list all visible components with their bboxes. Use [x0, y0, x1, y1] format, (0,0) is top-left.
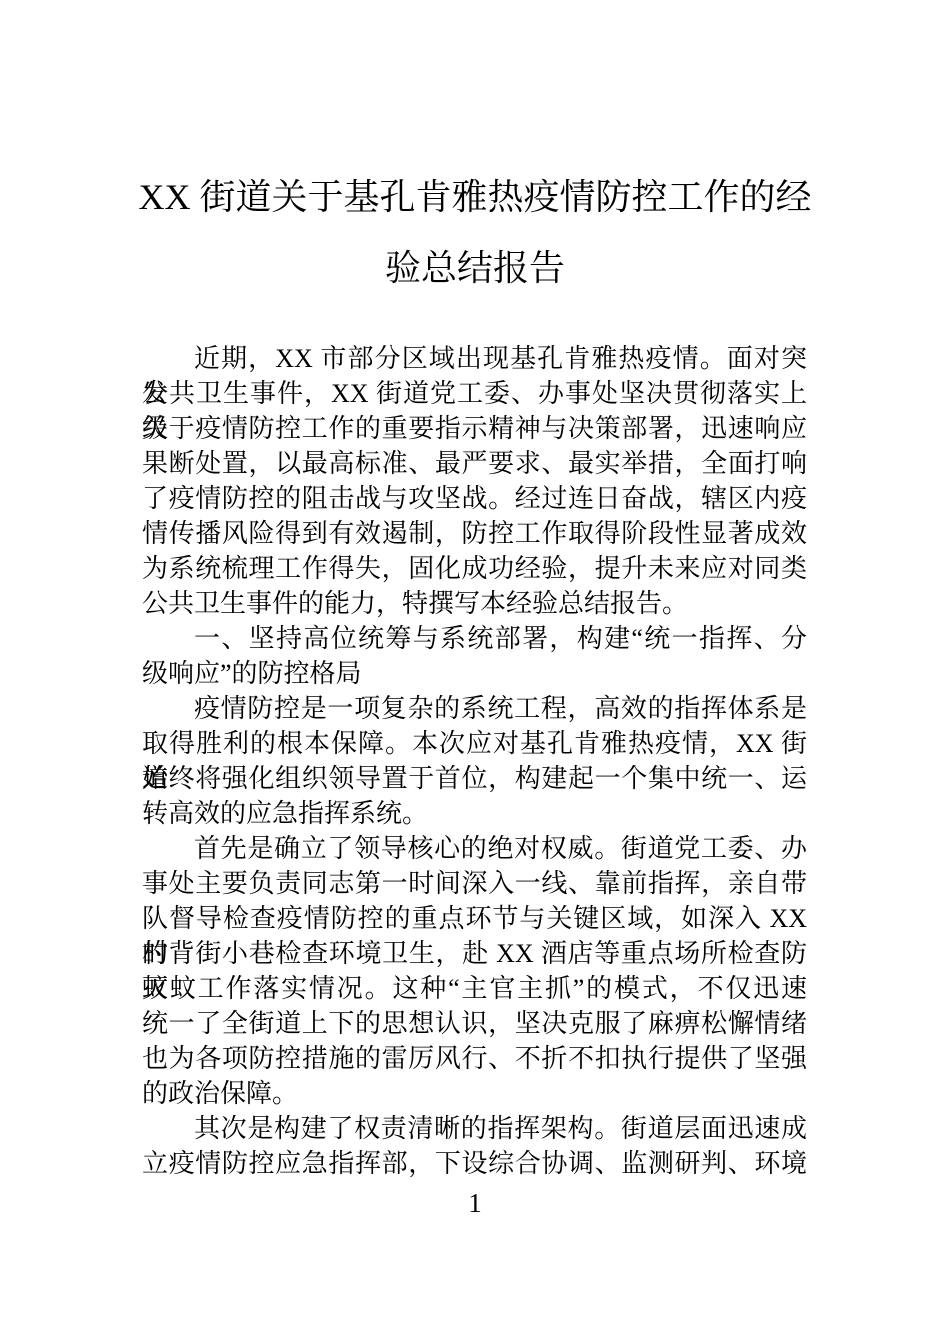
- heading-section-1-line-2: 级响应”的防控格局: [142, 656, 807, 691]
- para-intro-line-8: 公共卫生事件的能力，特撰写本经验总结报告。: [142, 586, 807, 621]
- document-page: XX 街道关于基孔肯雅热疫情防控工作的经验总结报告 近期，XX 市部分区域出现基…: [0, 0, 950, 1344]
- para-command-system-line-3: 始终将强化组织领导置于首位，构建起一个集中统一、运: [142, 761, 807, 796]
- para-command-structure-line-1: 其次是构建了权责清晰的指挥架构。街道层面迅速成: [142, 1111, 807, 1146]
- para-intro-line-2: 公共卫生事件，XX 街道党工委、办事处坚决贯彻落实上级: [142, 376, 807, 411]
- para-leadership-line-2: 事处主要负责同志第一时间深入一线、靠前指挥，亲自带: [142, 866, 807, 901]
- document-body: 近期，XX 市部分区域出现基孔肯雅热疫情。面对突发公共卫生事件，XX 街道党工委…: [142, 341, 807, 1181]
- document-title: XX 街道关于基孔肯雅热疫情防控工作的经验总结报告: [0, 162, 950, 304]
- para-command-system: 疫情防控是一项复杂的系统工程，高效的指挥体系是取得胜利的根本保障。本次应对基孔肯…: [142, 691, 807, 831]
- page-number: 1: [0, 1186, 950, 1221]
- para-command-system-line-4: 转高效的应急指挥系统。: [142, 796, 807, 831]
- heading-section-1: 一、坚持高位统筹与系统部署，构建“统一指挥、分级响应”的防控格局: [142, 621, 807, 691]
- para-intro-line-4: 果断处置，以最高标准、最严要求、最实举措，全面打响: [142, 446, 807, 481]
- para-command-system-line-2: 取得胜利的根本保障。本次应对基孔肯雅热疫情，XX 街道: [142, 726, 807, 761]
- para-command-structure: 其次是构建了权责清晰的指挥架构。街道层面迅速成立疫情防控应急指挥部，下设综合协调…: [142, 1111, 807, 1181]
- para-intro-line-5: 了疫情防控的阻击战与攻坚战。经过连日奋战，辖区内疫: [142, 481, 807, 516]
- para-command-structure-line-2: 立疫情防控应急指挥部，下设综合协调、监测研判、环境: [142, 1146, 807, 1181]
- para-leadership: 首先是确立了领导核心的绝对权威。街道党工委、办事处主要负责同志第一时间深入一线、…: [142, 831, 807, 1111]
- heading-section-1-line-1: 一、坚持高位统筹与系统部署，构建“统一指挥、分: [142, 621, 807, 656]
- para-leadership-line-6: 统一了全街道上下的思想认识，坚决克服了麻痹松懈情绪: [142, 1006, 807, 1041]
- title-line-1: XX 街道关于基孔肯雅热疫情防控工作的经: [0, 162, 950, 233]
- para-intro-line-3: 关于疫情防控工作的重要指示精神与决策部署，迅速响应: [142, 411, 807, 446]
- para-intro: 近期，XX 市部分区域出现基孔肯雅热疫情。面对突发公共卫生事件，XX 街道党工委…: [142, 341, 807, 621]
- para-leadership-line-4: 的背街小巷检查环境卫生，赴 XX 酒店等重点场所检查防蚊: [142, 936, 807, 971]
- para-intro-line-1: 近期，XX 市部分区域出现基孔肯雅热疫情。面对突发: [142, 341, 807, 376]
- para-leadership-line-5: 灭蚊工作落实情况。这种“主官主抓”的模式，不仅迅速: [142, 971, 807, 1006]
- para-command-system-line-1: 疫情防控是一项复杂的系统工程，高效的指挥体系是: [142, 691, 807, 726]
- para-intro-line-6: 情传播风险得到有效遏制，防控工作取得阶段性显著成效: [142, 516, 807, 551]
- para-leadership-line-1: 首先是确立了领导核心的绝对权威。街道党工委、办: [142, 831, 807, 866]
- para-leadership-line-8: 的政治保障。: [142, 1076, 807, 1111]
- para-intro-line-7: 为系统梳理工作得失，固化成功经验，提升未来应对同类: [142, 551, 807, 586]
- para-leadership-line-7: 也为各项防控措施的雷厉风行、不折不扣执行提供了坚强: [142, 1041, 807, 1076]
- title-line-2: 验总结报告: [0, 233, 950, 304]
- para-leadership-line-3: 队督导检查疫情防控的重点环节与关键区域，如深入 XX 村: [142, 901, 807, 936]
